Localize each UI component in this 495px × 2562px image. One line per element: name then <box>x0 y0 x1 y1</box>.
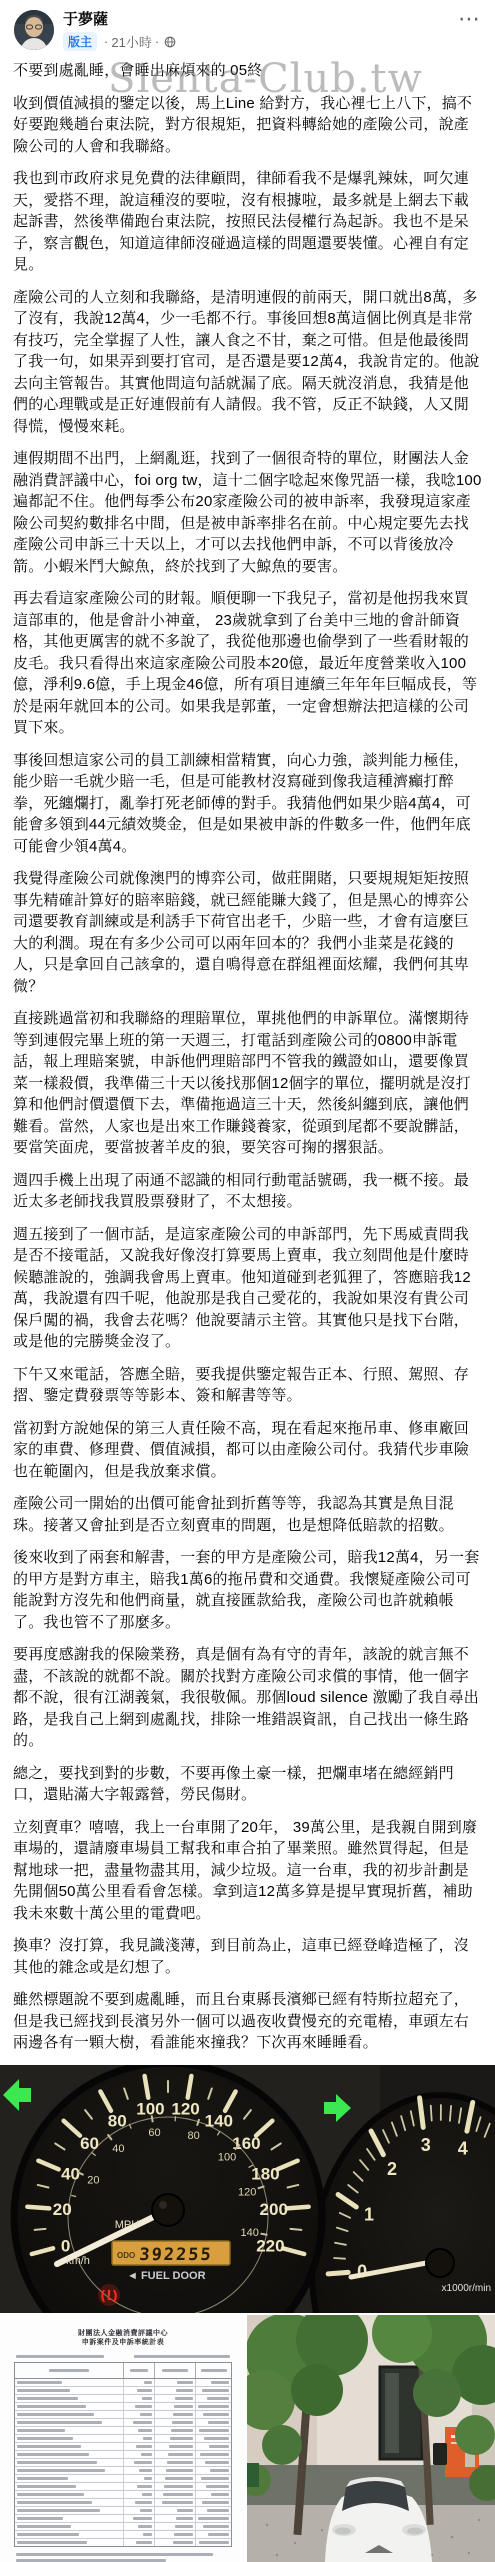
table-row <box>15 2483 231 2491</box>
report-footnotes <box>16 2553 230 2562</box>
table-row <box>15 2531 231 2539</box>
post-paragraph: 要再度感謝我的保險業務，真是個有為有守的青年，該說的就言無不盡，不該說的就都不說… <box>13 1644 482 1752</box>
report-table-rows <box>15 2379 231 2546</box>
svg-text:140: 140 <box>205 2111 233 2130</box>
post-paragraphs: 收到價值減損的鑒定以後，馬上Line 給對方，我心裡七上八下，搞不好要跑幾趟台東… <box>13 93 482 2054</box>
post-paragraph: 產險公司一開始的出價可能會扯到折舊等等，我認為其實是魚目混珠。接著又會扯到是否立… <box>13 1493 482 1536</box>
report-subheader-right <box>134 2355 230 2358</box>
report-title-line2: 申訴案件及申訴率統計表 <box>12 2338 234 2347</box>
svg-text:40: 40 <box>61 2164 80 2183</box>
svg-text:(!): (!) <box>100 2289 118 2304</box>
brake-warning-icon: (!) <box>98 2284 120 2306</box>
svg-text:60: 60 <box>80 2134 99 2153</box>
svg-text:120: 120 <box>238 2186 256 2198</box>
svg-text:80: 80 <box>188 2130 200 2142</box>
post-paragraph: 週五接到了一個市話，是這家產險公司的申訴部門，先下馬威責問我是否不接電話，又說我… <box>13 1224 482 1353</box>
svg-text:100: 100 <box>218 2151 236 2163</box>
table-row <box>15 2411 231 2419</box>
globe-icon <box>164 36 176 48</box>
table-row <box>15 2539 231 2546</box>
svg-text:1: 1 <box>364 2204 374 2224</box>
post-paragraph: 產險公司的人立刻和我聯絡，是清明連假的前兩天，開口就出8萬，多了沒有，我說12萬… <box>13 287 482 438</box>
report-title-line1: 財團法人金融消費評議中心 <box>12 2329 234 2338</box>
mph-label: MPH <box>115 2219 140 2231</box>
table-row <box>15 2467 231 2475</box>
report-table-header <box>15 2363 231 2379</box>
report-photo[interactable]: 財團法人金融消費評議中心 申訴案件及申訴率統計表 <box>0 2315 244 2562</box>
post-paragraph: 後來收到了兩套和解書，一套的甲方是產險公司，賠我12萬4，另一套的甲方是對方車主… <box>13 1547 482 1633</box>
svg-text:60: 60 <box>148 2127 160 2139</box>
avatar-photo <box>14 10 54 50</box>
svg-text:140: 140 <box>241 2226 259 2238</box>
svg-text:100: 100 <box>136 2099 164 2118</box>
author-name[interactable]: 于夢薩 <box>63 10 483 29</box>
post-paragraph: 下午又來電話，答應全賠，要我提供鑒定報告正本、行照、駕照、存摺、鑒定費發票等等影… <box>13 1364 482 1407</box>
post-paragraph: 立刻賣車？嘻嘻，我上一台車開了20年， 39萬公里，是我親自開到廢車場的，還請廢… <box>13 1817 482 1925</box>
charging-station <box>433 2443 447 2465</box>
table-row <box>15 2515 231 2523</box>
table-row <box>15 2443 231 2451</box>
post-paragraph: 我也到市政府求見免費的法律顧問，律師看我不是爆乳辣妹，呵欠連天，愛搭不理，說這種… <box>13 168 482 276</box>
svg-text:3: 3 <box>421 2135 431 2155</box>
svg-text:0: 0 <box>61 2236 70 2255</box>
svg-text:2: 2 <box>387 2158 397 2178</box>
kmh-label: km/h <box>66 2255 90 2267</box>
post-paragraph: 直接跳過當初和我聯絡的理賠單位，單挑他們的申訴單位。滿懷期待等到連假完畢上班的第… <box>13 1008 482 1159</box>
header-meta: 于夢薩 版主 · 21小時 · <box>63 10 483 51</box>
odometer-label: ODO <box>117 2251 135 2260</box>
timestamp[interactable]: 21小時 <box>111 32 151 51</box>
svg-text:180: 180 <box>251 2164 279 2183</box>
car-photo[interactable] <box>247 2315 495 2562</box>
post-paragraph: 總之，要找到對的步數，不要再像土豪一樣，把爛車堵在總經銷門口，還貼滿大字報露營，… <box>13 1763 482 1806</box>
post-paragraph: 收到價值減損的鑒定以後，馬上Line 給對方，我心裡七上八下，搞不好要跑幾趟台東… <box>13 93 482 158</box>
table-row <box>15 2491 231 2499</box>
dashboard-photo[interactable]: 0204060801001201401601802002202040608010… <box>0 2065 495 2313</box>
fuel-door-label: ◄ FUEL DOOR <box>127 2270 206 2282</box>
table-row <box>15 2395 231 2403</box>
table-row <box>15 2419 231 2427</box>
post-title-line: 不要到處亂睡，會睡出麻煩來的 05終 <box>13 60 482 82</box>
svg-text:0: 0 <box>357 2261 367 2281</box>
facebook-post: 于夢薩 版主 · 21小時 · ⋯ Sienta-Club.tw 不要到處亂睡，… <box>0 0 495 2562</box>
table-row <box>15 2523 231 2531</box>
post-paragraph: 我覺得產險公司就像澳門的博弈公司，做莊開賭，只要規規矩矩按照事先精確計算好的賠率… <box>13 868 482 997</box>
table-row <box>15 2459 231 2467</box>
car-photo-scene <box>247 2315 495 2562</box>
tach-unit-label: x1000r/min <box>442 2283 491 2294</box>
post-menu-button[interactable]: ⋯ <box>458 12 481 26</box>
svg-text:20: 20 <box>87 2174 99 2186</box>
table-row <box>15 2435 231 2443</box>
svg-text:20: 20 <box>53 2200 72 2219</box>
dot-separator: · <box>104 34 108 49</box>
svg-text:4: 4 <box>458 2138 468 2158</box>
post-paragraph: 再去看這家產險公司的財報。順便聊一下我兒子，當初是他拐我來買這部車的，他是會計小… <box>13 588 482 739</box>
post-paragraph: 當初對方說她保的第三人責任險不高，現在看起來拖吊車、修車廠回家的車費、修理費、價… <box>13 1418 482 1483</box>
svg-text:120: 120 <box>171 2099 199 2118</box>
table-row <box>15 2403 231 2411</box>
post-body: Sienta-Club.tw 不要到處亂睡，會睡出麻煩來的 05終 收到價值減損… <box>0 60 495 2054</box>
table-row <box>15 2387 231 2395</box>
svg-text:80: 80 <box>108 2111 127 2130</box>
report-table <box>14 2362 232 2547</box>
post-paragraph: 連假期間不出門，上網亂逛，找到了一個很奇特的單位，財團法人金融消費評議中心，fo… <box>13 448 482 577</box>
svg-text:220: 220 <box>256 2236 284 2255</box>
dot-separator: · <box>155 34 159 49</box>
dashboard-gauges: 0204060801001201401601802002202040608010… <box>0 2065 495 2313</box>
photo-row: 財團法人金融消費評議中心 申訴案件及申訴率統計表 <box>0 2315 495 2562</box>
svg-text:200: 200 <box>260 2200 288 2219</box>
post-paragraph: 換車？沒打算，我見識淺薄，到目前為止，這車已經登峰造極了，沒其他的雜念或是幻想了… <box>13 1935 482 1978</box>
table-row <box>15 2475 231 2483</box>
post-paragraph: 週四手機上出現了兩通不認識的相同行動電話號碼，我一概不接。最近太多老師找我買股票… <box>13 1170 482 1213</box>
report-subheader-left <box>16 2355 104 2358</box>
avatar[interactable] <box>14 10 54 50</box>
table-row <box>15 2507 231 2515</box>
svg-text:40: 40 <box>112 2143 124 2155</box>
meta-row: 版主 · 21小時 · <box>63 32 483 51</box>
svg-text:160: 160 <box>232 2134 260 2153</box>
table-row <box>15 2451 231 2459</box>
moderator-badge: 版主 <box>63 32 97 51</box>
report-subheader <box>16 2355 230 2358</box>
post-header: 于夢薩 版主 · 21小時 · ⋯ <box>0 0 495 51</box>
table-row <box>15 2427 231 2435</box>
report-page: 財團法人金融消費評議中心 申訴案件及申訴率統計表 <box>0 2315 244 2562</box>
table-row <box>15 2499 231 2507</box>
odometer-value: 392255 <box>139 2245 214 2265</box>
post-paragraph: 雖然標題說不要到處亂睡，而且台東縣長濱鄉已經有特斯拉超充了，但是我已經找到長濱另… <box>13 1989 482 2054</box>
post-paragraph: 事後回想這家公司的員工訓練相當精實，向心力強，談判能力極佳，能少賠一毛就少賠一毛… <box>13 750 482 858</box>
recycle-bin <box>247 2463 259 2487</box>
table-row <box>15 2379 231 2387</box>
